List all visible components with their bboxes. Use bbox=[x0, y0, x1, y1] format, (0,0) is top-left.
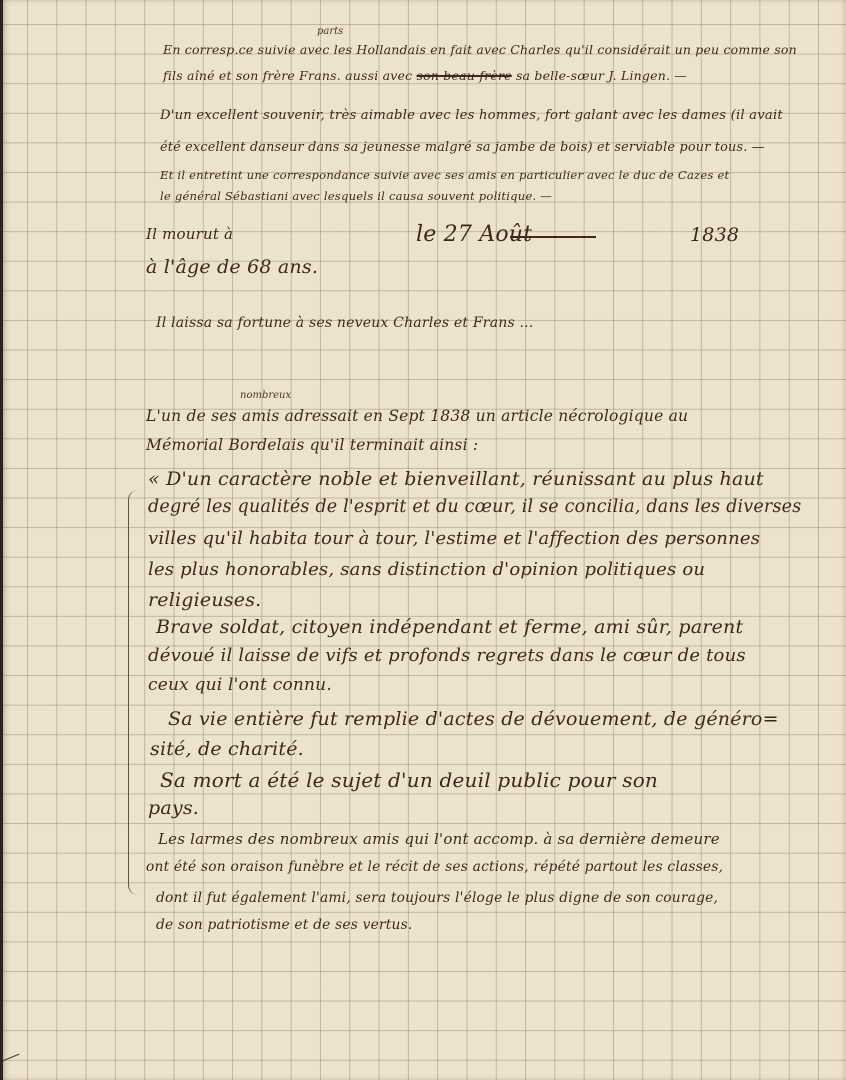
death-year: 1838 bbox=[690, 224, 739, 246]
struck-text: son beau-frère bbox=[417, 68, 512, 83]
manuscript-page: parts En corresp.ce suivie avec les Holl… bbox=[0, 0, 846, 1080]
quote-line: degré les qualités de l'esprit et du cœu… bbox=[148, 497, 801, 517]
text-line: L'un de ses amis adressait en Sept 1838 … bbox=[146, 407, 688, 425]
text-line: le général Sébastiani avec lesquels il c… bbox=[160, 189, 552, 203]
death-age: à l'âge de 68 ans. bbox=[146, 256, 318, 278]
quote-line: pays. bbox=[148, 797, 199, 819]
quote-line: ont été son oraison funèbre et le récit … bbox=[146, 859, 723, 875]
stray-pen-mark bbox=[2, 1054, 19, 1062]
insertion-nombreux: nombreux bbox=[240, 390, 291, 401]
text-line: fils aîné et son frère Frans. aussi avec… bbox=[163, 68, 687, 83]
insertion-parts: parts bbox=[317, 26, 343, 37]
text-line: En corresp.ce suivie avec les Hollandais… bbox=[163, 42, 797, 57]
quote-line: sité, de charité. bbox=[150, 738, 304, 760]
death-prefix: Il mourut à bbox=[146, 225, 233, 243]
text-line: Mémorial Bordelais qu'il terminait ainsi… bbox=[146, 436, 478, 454]
text-line: Et il entretint une correspondance suivi… bbox=[160, 168, 729, 182]
death-date: le 27 Août bbox=[416, 222, 532, 247]
quote-line: de son patriotisme et de ses vertus. bbox=[156, 917, 412, 933]
quote-line: Brave soldat, citoyen indépendant et fer… bbox=[156, 616, 743, 638]
text-fragment: sa belle-sœur J. Lingen. — bbox=[512, 68, 687, 83]
margin-bracket bbox=[128, 490, 143, 895]
quote-line: villes qu'il habita tour à tour, l'estim… bbox=[148, 528, 760, 549]
quote-line: dévoué il laisse de vifs et profonds reg… bbox=[148, 645, 746, 666]
quote-line: les plus honorables, sans distinction d'… bbox=[148, 559, 705, 580]
quote-line: religieuses. bbox=[148, 589, 261, 611]
text-fragment: fils aîné et son frère Frans. aussi avec bbox=[163, 68, 417, 83]
quote-line: Sa vie entière fut remplie d'actes de dé… bbox=[168, 708, 779, 730]
quote-line: Sa mort a été le sujet d'un deuil public… bbox=[160, 768, 658, 792]
quote-line: Les larmes des nombreux amis qui l'ont a… bbox=[158, 830, 720, 848]
quote-line: « D'un caractère noble et bienveillant, … bbox=[148, 468, 764, 490]
underline-mark bbox=[510, 236, 596, 238]
text-line: D'un excellent souvenir, très aimable av… bbox=[160, 108, 783, 123]
quote-line: ceux qui l'ont connu. bbox=[148, 675, 332, 695]
inheritance-line: Il laissa sa fortune à ses neveux Charle… bbox=[156, 315, 533, 331]
quote-line: dont il fut également l'ami, sera toujou… bbox=[156, 890, 718, 906]
text-line: été excellent danseur dans sa jeunesse m… bbox=[160, 140, 765, 155]
